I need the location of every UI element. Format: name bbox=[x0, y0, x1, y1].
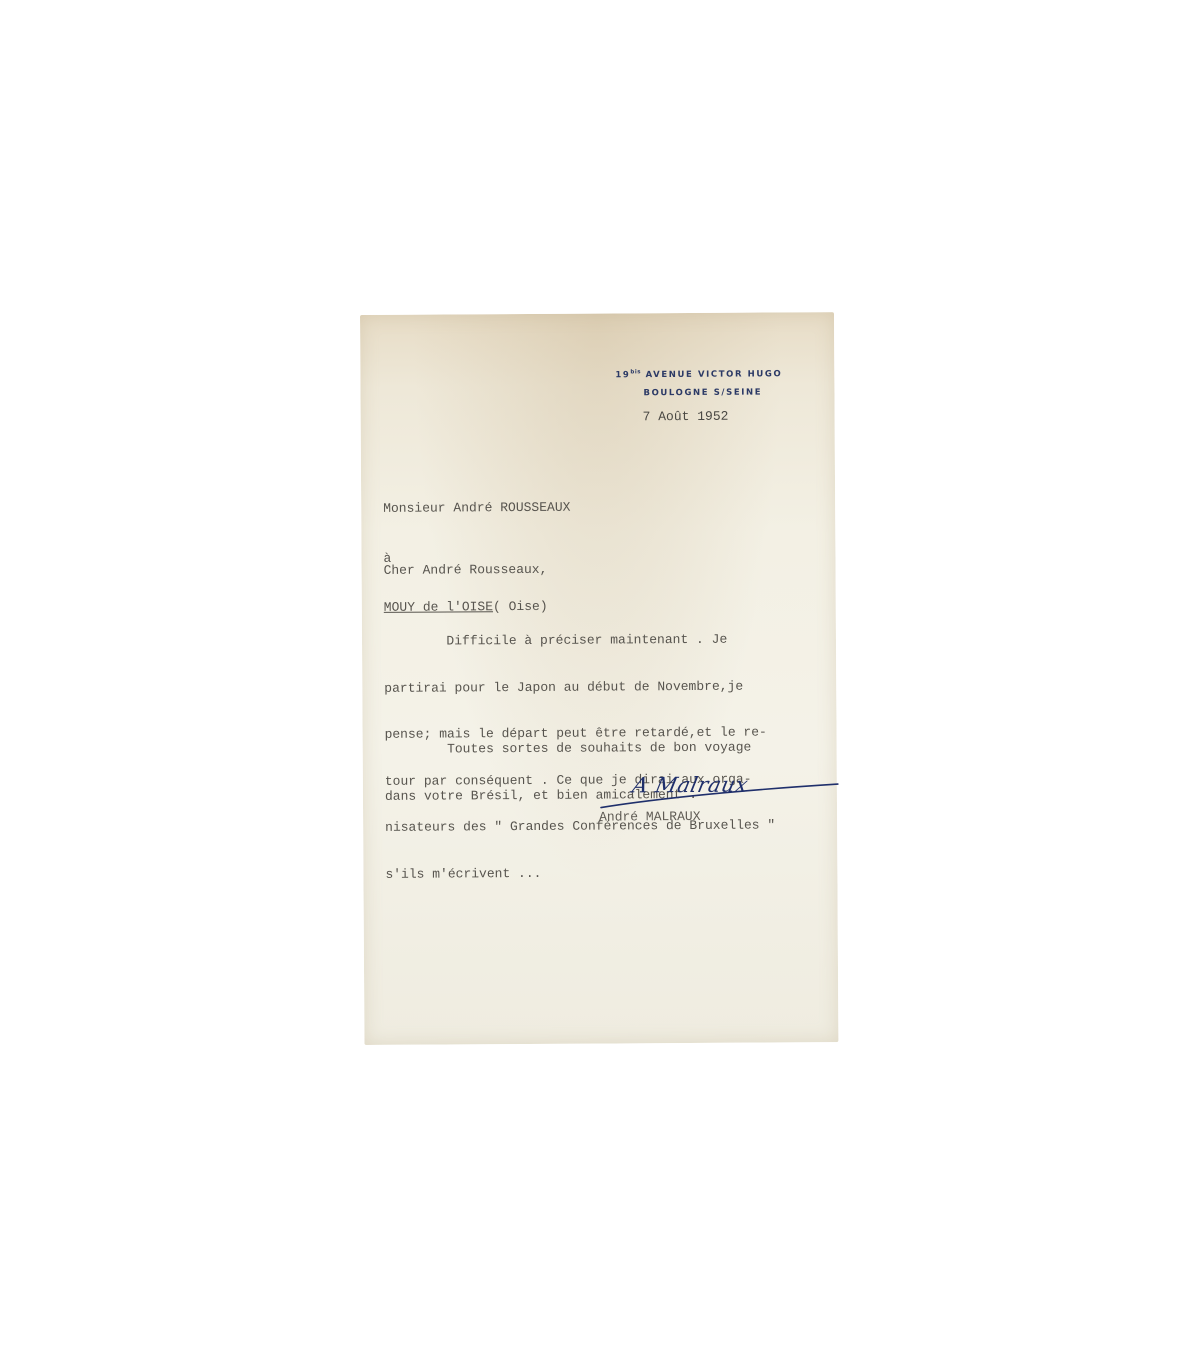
handwritten-signature: A Malraux bbox=[593, 762, 843, 814]
body-line: Difficile à préciser maintenant . Je bbox=[384, 631, 774, 649]
signature-script: A Malraux bbox=[630, 773, 750, 798]
letterhead-number: 19 bbox=[615, 370, 630, 380]
recipient-name: Monsieur André ROUSSEAUX bbox=[383, 500, 570, 518]
typed-signatory-name: André MALRAUX bbox=[599, 809, 701, 825]
body-line: s'ils m'écrivent ... bbox=[385, 864, 775, 882]
closing-line: Toutes sortes de souhaits de bon voyage bbox=[385, 740, 752, 758]
letterhead-address: 19bis AVENUE VICTOR HUGO bbox=[615, 368, 782, 380]
letterhead-street: AVENUE VICTOR HUGO bbox=[641, 369, 782, 380]
letterhead-city: BOULOGNE S/SEINE bbox=[643, 388, 762, 399]
salutation: Cher André Rousseaux, bbox=[384, 562, 548, 579]
letterhead-number-suffix: bis bbox=[630, 369, 641, 375]
body-line: partirai pour le Japon au début de Novem… bbox=[384, 678, 774, 696]
letter-paper: 19bis AVENUE VICTOR HUGO BOULOGNE S/SEIN… bbox=[360, 312, 838, 1045]
letter-date: 7 Août 1952 bbox=[643, 409, 729, 425]
